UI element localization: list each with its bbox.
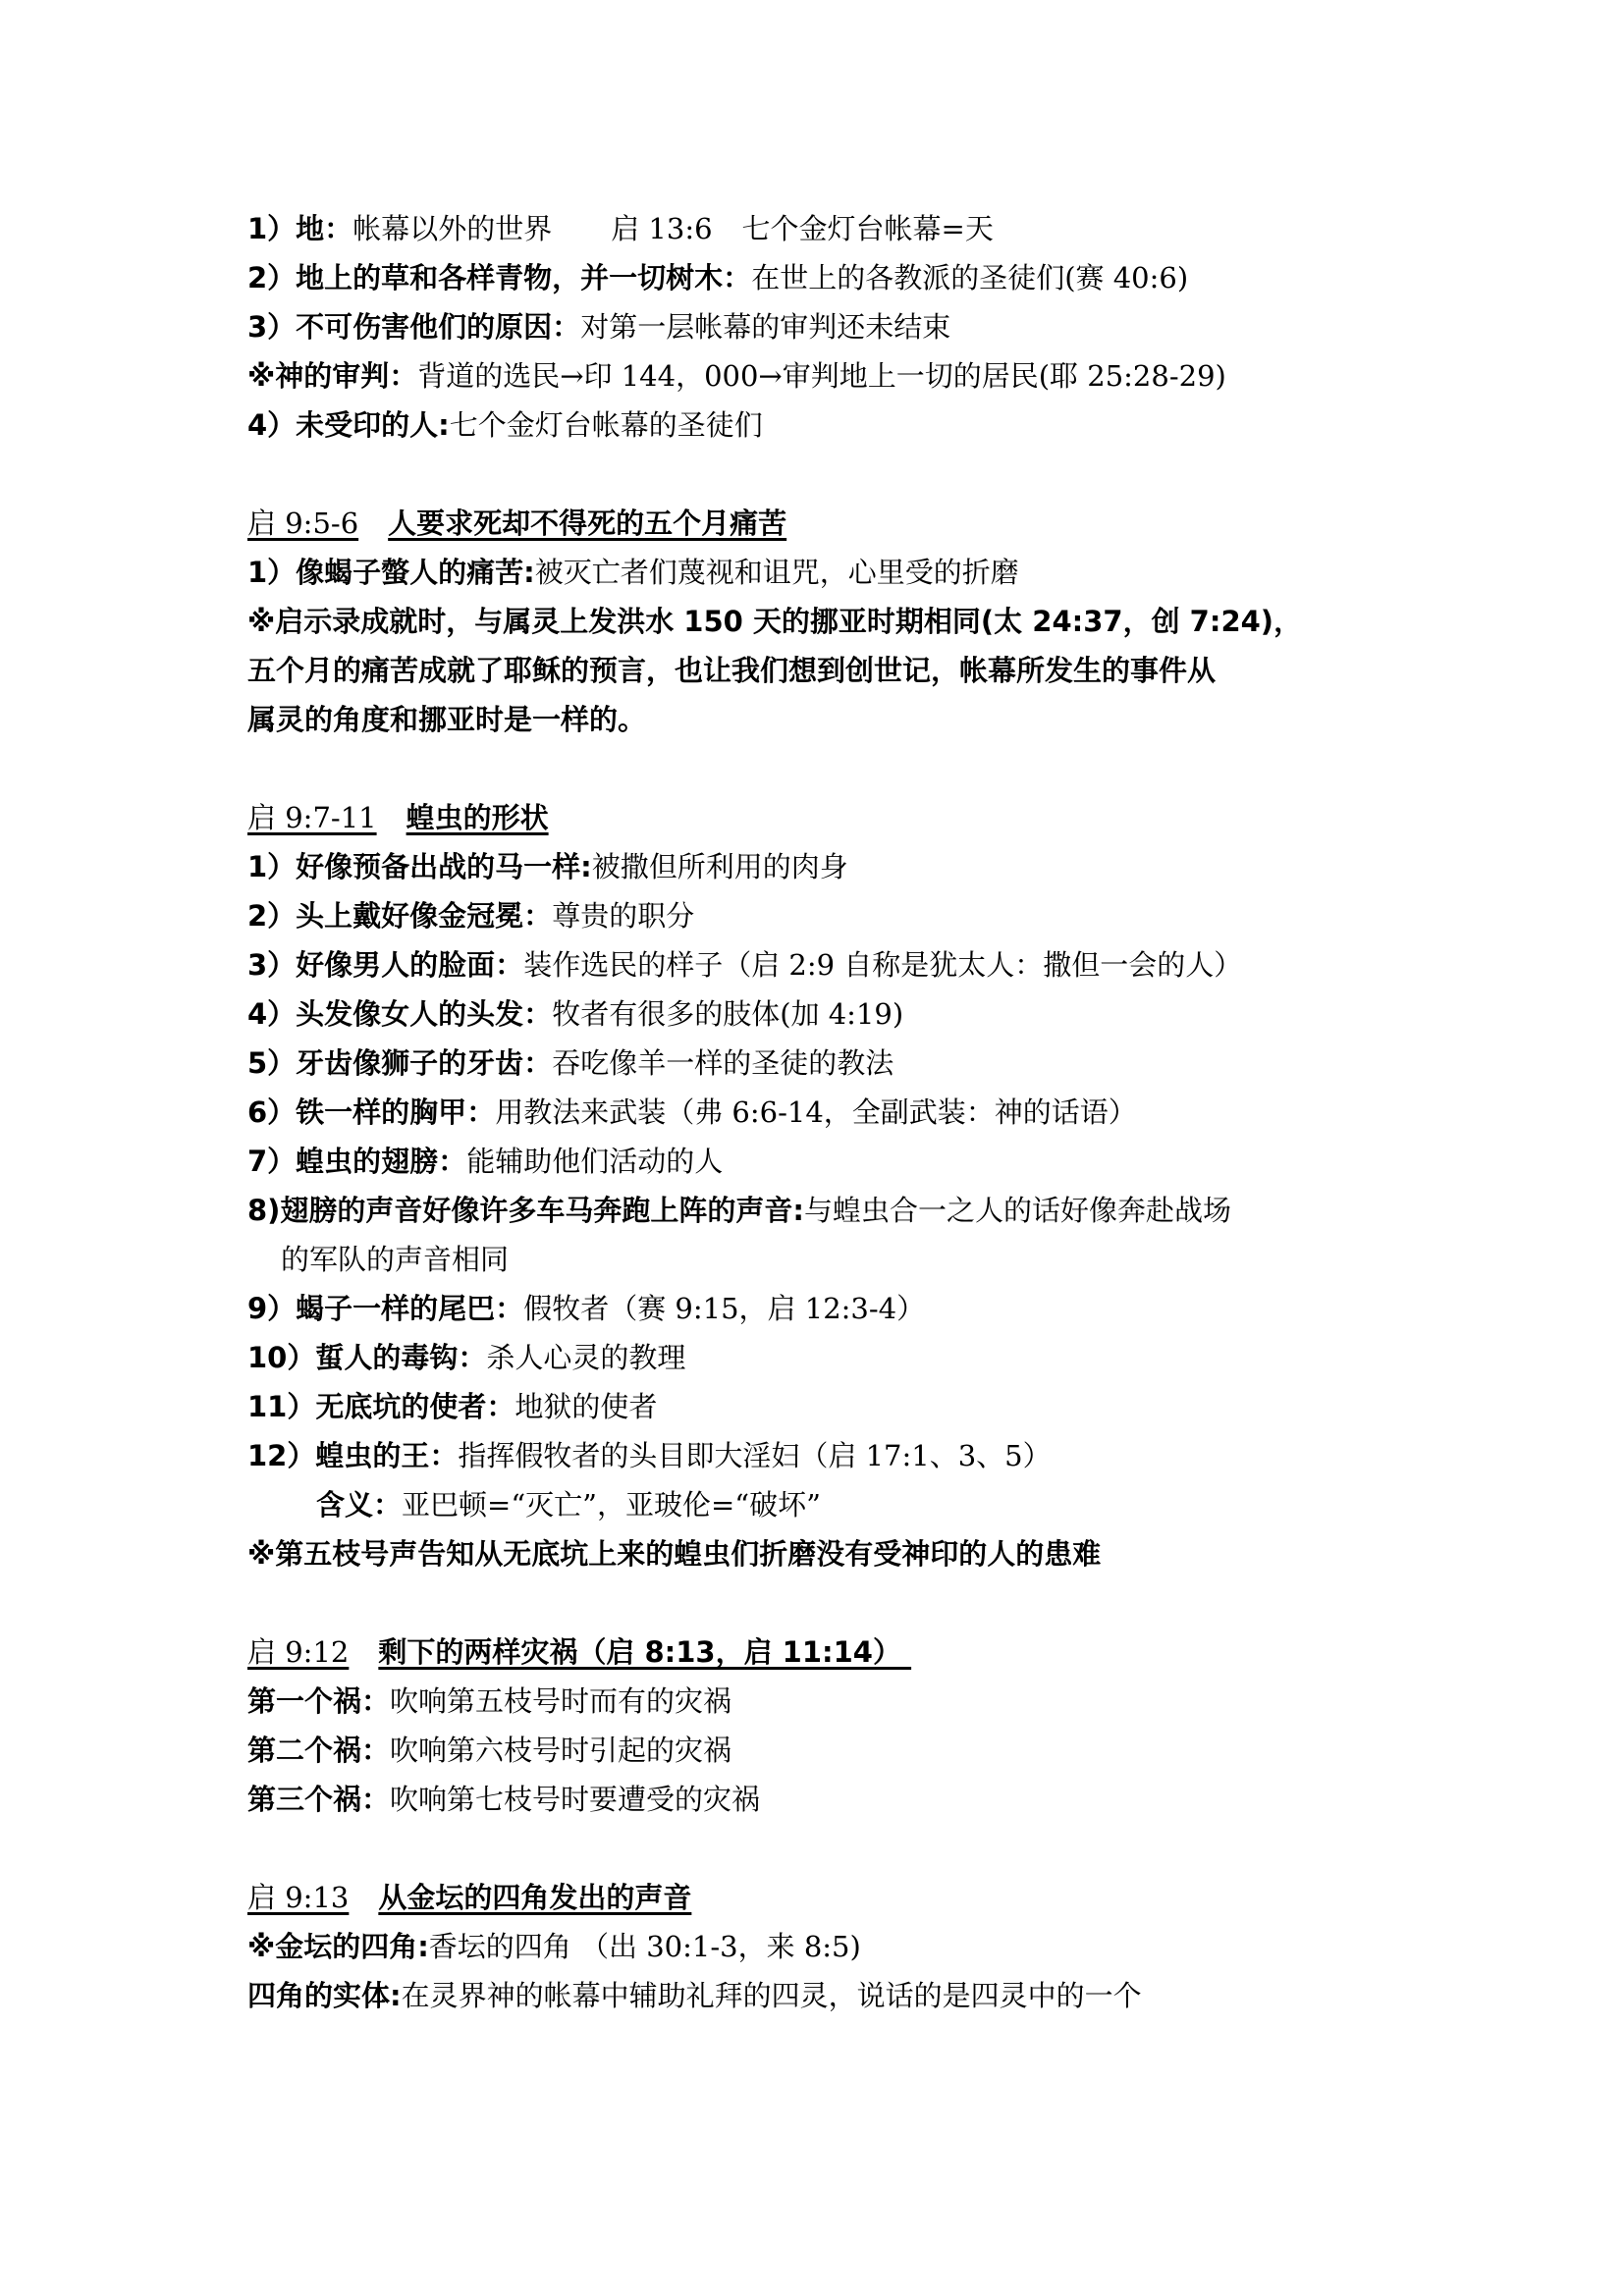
item-text: 吹响第五枝号时而有的灾祸 [390,1684,731,1718]
item-label: 6）铁一样的胸甲： [247,1095,495,1129]
list-item: 3）好像男人的脸面：装作选民的样子（启 2:9 自称是犹太人：撒但一会的人） [247,940,1406,989]
item-label: 5）牙齿像狮子的牙齿： [247,1046,552,1080]
meaning-label: 含义： [316,1488,402,1522]
list-item: 第二个祸：吹响第六枝号时引起的灾祸 [247,1726,1406,1775]
item-text: 与蝗虫合一之人的话好像奔赴战场 [804,1194,1231,1227]
item-label: 第三个祸： [247,1783,390,1816]
item-text: 地狱的使者 [514,1390,657,1423]
heading-ref: 启 9:7-11 [247,801,377,834]
item-text: 能辅助他们活动的人 [466,1145,723,1178]
list-item: 1）地：帐幕以外的世界启 13:6七个金灯台帐幕=天 [247,204,1406,253]
item-text: 牧者有很多的肢体(加 4:19) [552,997,903,1031]
item-label: 9）蝎子一样的尾巴： [247,1292,523,1325]
note-line: 五个月的痛苦成就了耶稣的预言，也让我们想到创世记，帐幕所发生的事件从 [247,646,1406,695]
list-item: 4）未受印的人:七个金灯台帐幕的圣徒们 [247,400,1406,450]
item-label: 7）蝗虫的翅膀： [247,1145,466,1178]
item-label: 10）蜇人的毒钩： [247,1341,486,1374]
item-text: 被灭亡者们蔑视和诅咒，心里受的折磨 [535,556,1019,589]
section-heading: 启 9:13从金坛的四角发出的声音 [247,1873,1406,1922]
item-text: 杀人心灵的教理 [486,1341,685,1374]
item-text: 帐幕以外的世界 [352,212,552,245]
item-text: 吹响第六枝号时引起的灾祸 [390,1734,731,1767]
list-item-continuation: 的军队的声音相同 [247,1235,1406,1284]
item-text: 对第一层帐幕的审判还未结束 [580,310,950,344]
item-label: 1）好像预备出战的马一样: [247,850,592,883]
item-text: 尊贵的职分 [552,899,694,933]
list-item: 6）铁一样的胸甲：用教法来武装（弗 6:6-14，全副武装：神的话语） [247,1088,1406,1137]
list-item: 第一个祸：吹响第五枝号时而有的灾祸 [247,1677,1406,1726]
list-item: 1）好像预备出战的马一样:被撒但所利用的肉身 [247,842,1406,891]
item-text: 吞吃像羊一样的圣徒的教法 [552,1046,893,1080]
note-line: 属灵的角度和挪亚时是一样的。 [247,695,1406,744]
list-item: 1）像蝎子螫人的痛苦:被灭亡者们蔑视和诅咒，心里受的折磨 [247,548,1406,597]
item-label: 3）好像男人的脸面： [247,948,523,982]
item-label: 2）地上的草和各样青物，并一切树木： [247,261,751,294]
list-item: 11）无底坑的使者：地狱的使者 [247,1382,1406,1431]
list-item: 2）地上的草和各样青物，并一切树木：在世上的各教派的圣徒们(赛 40:6) [247,253,1406,302]
list-item: 5）牙齿像狮子的牙齿：吞吃像羊一样的圣徒的教法 [247,1039,1406,1088]
list-item: 12）蝗虫的王：指挥假牧者的头目即大淫妇（启 17:1、3、5） [247,1431,1406,1480]
section-heading: 启 9:5-6人要求死却不得死的五个月痛苦 [247,499,1406,548]
item-label: 四角的实体: [247,1979,402,2012]
item-label: 8)翅膀的声音好像许多车马奔跑上阵的声音: [247,1194,804,1227]
item-text: 用教法来武装（弗 6:6-14，全副武装：神的话语） [495,1095,1137,1129]
heading-title: 从金坛的四角发出的声音 [378,1881,691,1914]
meaning-text: 亚巴顿=“灭亡”，亚玻伦=“破坏” [402,1488,821,1522]
item-label: 3）不可伤害他们的原因： [247,310,580,344]
heading-ref: 启 9:12 [247,1635,349,1669]
item-text: 指挥假牧者的头目即大淫妇（启 17:1、3、5） [458,1439,1051,1472]
item-label: 1）地： [247,212,352,245]
heading-ref: 启 9:5-6 [247,507,358,540]
note-line: ※第五枝号声告知从无底坑上来的蝗虫们折磨没有受神印的人的患难 [247,1529,1406,1578]
item-text: 背道的选民→印 144，000→审判地上一切的居民(耶 25:28-29) [417,359,1226,393]
list-item: 第三个祸：吹响第七枝号时要遭受的灾祸 [247,1775,1406,1824]
list-item: 四角的实体:在灵界神的帐幕中辅助礼拜的四灵，说话的是四灵中的一个 [247,1971,1406,2020]
list-item: 10）蜇人的毒钩：杀人心灵的教理 [247,1333,1406,1382]
list-item: 4）头发像女人的头发：牧者有很多的肢体(加 4:19) [247,989,1406,1039]
item-text: 在世上的各教派的圣徒们(赛 40:6) [751,261,1188,294]
item-note: 七个金灯台帐幕=天 [742,212,994,245]
item-label: ※神的审判： [247,359,417,393]
note-line: ※启示录成就时，与属灵上发洪水 150 天的挪亚时期相同(太 24:37，创 7… [247,597,1406,646]
document-page: 1）地：帐幕以外的世界启 13:6七个金灯台帐幕=天 2）地上的草和各样青物，并… [247,204,1406,2020]
item-label: 4）未受印的人: [247,408,450,442]
heading-title: 剩下的两样灾祸（启 8:13，启 11:14） [378,1635,901,1669]
item-text: 装作选民的样子（启 2:9 自称是犹太人：撒但一会的人） [523,948,1242,982]
item-text: 七个金灯台帐幕的圣徒们 [450,408,763,442]
list-item: 3）不可伤害他们的原因：对第一层帐幕的审判还未结束 [247,302,1406,351]
section-heading: 启 9:7-11蝗虫的形状 [247,793,1406,842]
item-text: 假牧者（赛 9:15，启 12:3-4） [523,1292,925,1325]
item-label: 12）蝗虫的王： [247,1439,458,1472]
list-item: 7）蝗虫的翅膀：能辅助他们活动的人 [247,1137,1406,1186]
item-text: 吹响第七枝号时要遭受的灾祸 [390,1783,760,1816]
item-text: 香坛的四角 （出 30:1-3，来 8:5) [429,1930,861,1963]
item-text: 被撒但所利用的肉身 [592,850,848,883]
heading-title: 人要求死却不得死的五个月痛苦 [388,507,786,540]
heading-ref: 启 9:13 [247,1881,349,1914]
list-item: 2）头上戴好像金冠冕：尊贵的职分 [247,891,1406,940]
list-item: 8)翅膀的声音好像许多车马奔跑上阵的声音:与蝗虫合一之人的话好像奔赴战场 [247,1186,1406,1235]
list-item: ※金坛的四角:香坛的四角 （出 30:1-3，来 8:5) [247,1922,1406,1971]
item-label: 第二个祸： [247,1734,390,1767]
item-label: 11）无底坑的使者： [247,1390,514,1423]
meaning-line: 含义：亚巴顿=“灭亡”，亚玻伦=“破坏” [247,1480,1406,1529]
list-item: ※神的审判：背道的选民→印 144，000→审判地上一切的居民(耶 25:28-… [247,351,1406,400]
section-heading: 启 9:12剩下的两样灾祸（启 8:13，启 11:14） [247,1628,1406,1677]
list-item: 9）蝎子一样的尾巴：假牧者（赛 9:15，启 12:3-4） [247,1284,1406,1333]
item-label: 4）头发像女人的头发： [247,997,552,1031]
item-label: 第一个祸： [247,1684,390,1718]
item-label: 2）头上戴好像金冠冕： [247,899,552,933]
heading-title: 蝗虫的形状 [406,801,549,834]
scripture-ref: 启 13:6 [611,212,712,245]
item-text: 在灵界神的帐幕中辅助礼拜的四灵，说话的是四灵中的一个 [402,1979,1142,2012]
item-label: ※金坛的四角: [247,1930,429,1963]
item-label: 1）像蝎子螫人的痛苦: [247,556,535,589]
